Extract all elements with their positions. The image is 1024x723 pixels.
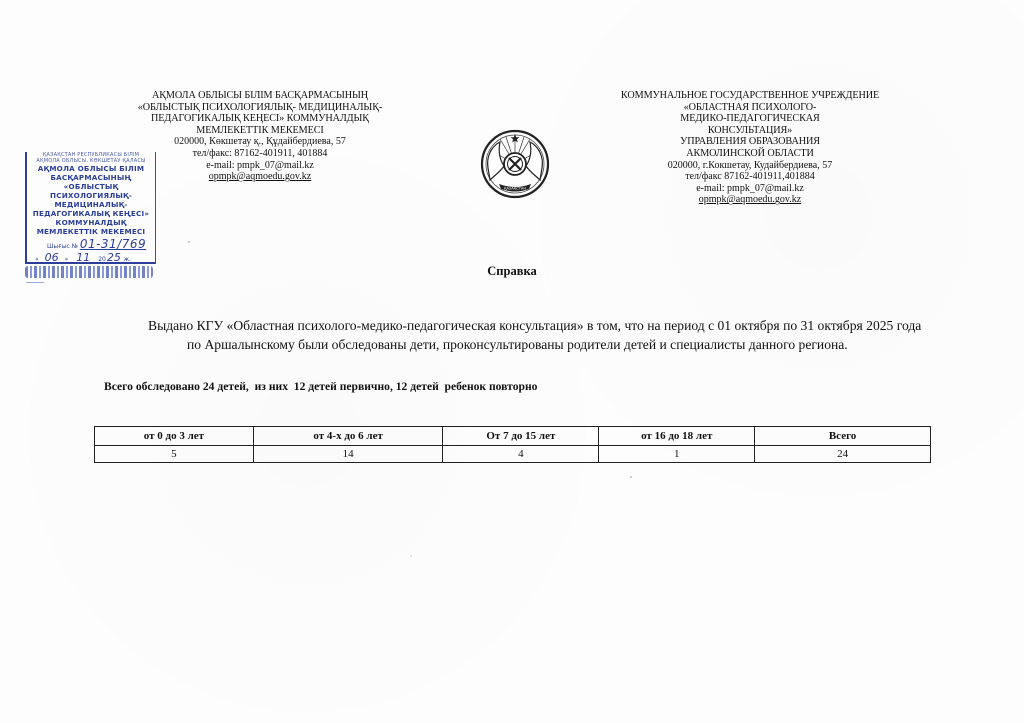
age-statistics-table: от 0 до 3 лет от 4-х до 6 лет От 7 до 15… [94, 426, 931, 463]
emblem-ribbon-text: ҚАЗАҚСТАН [504, 187, 526, 191]
phone-fax: тел/факс: 87162-401911, 401884 [112, 148, 408, 160]
scan-artifact [188, 241, 190, 243]
table-cell: 14 [253, 446, 443, 463]
letterhead-russian: КОММУНАЛЬНОЕ ГОСУДАРСТВЕННОЕ УЧРЕЖДЕНИЕ … [604, 90, 896, 206]
stamp-date-day: 06 [39, 251, 65, 264]
address: 020000, Көкшетау қ., Құдайбердиева, 57 [112, 136, 408, 148]
registration-stamp: ҚАЗАҚСТАН РЕСПУБЛИКАСЫ БІЛІМ АҚМОЛА ОБЛЫ… [25, 152, 156, 264]
document-title: Справка [0, 264, 1024, 279]
stamp-header-line: АҚМОЛА ОБЛЫСЫ, КӨКШЕТАУ ҚАЛАСЫ [27, 158, 155, 164]
table-header-row: от 0 до 3 лет от 4-х до 6 лет От 7 до 15… [95, 427, 931, 446]
org-name-line: АКМОЛИНСКОЙ ОБЛАСТИ [604, 148, 896, 160]
org-name-line: УПРАВЛЕНИЯ ОБРАЗОВАНИЯ [604, 136, 896, 148]
table-header-cell: От 7 до 15 лет [443, 427, 599, 446]
scan-artifact [410, 555, 412, 557]
paragraph-line-1: Выдано КГУ «Областная психолого-медико-п… [140, 316, 1000, 335]
stamp-date-year-prefix: 20 [98, 256, 106, 263]
email: e-mail: pmpk_07@mail.kz [604, 183, 896, 195]
org-name-line: «ОБЛАСТНАЯ ПСИХОЛОГО- [604, 102, 896, 114]
table-header-cell: от 16 до 18 лет [599, 427, 755, 446]
table-header-cell: от 0 до 3 лет [95, 427, 254, 446]
outgoing-label: Шығыс № [47, 243, 78, 250]
stamp-line: МЕМЛЕКЕТТІК МЕКЕМЕСІ [27, 227, 155, 236]
letterhead-kazakh: АҚМОЛА ОБЛЫСЫ БІЛІМ БАСҚАРМАСЫНЫҢ «ОБЛЫС… [112, 90, 408, 183]
stamp-ornament-line [26, 282, 44, 283]
org-name-line: ПЕДАГОГИКАЛЫҚ КЕҢЕСІ» КОММУНАЛДЫҚ [112, 113, 408, 125]
table-cell: 4 [443, 446, 599, 463]
stamp-date: «06» 11 2025 ж. [27, 251, 155, 264]
address: 020000, г.Кокшетау, Кудайбердиева, 57 [604, 160, 896, 172]
table-cell: 5 [95, 446, 254, 463]
scan-artifact [630, 476, 632, 478]
state-emblem-icon: ҚАЗАҚСТАН [478, 128, 552, 200]
table-row: 5 14 4 1 24 [95, 446, 931, 463]
org-name-line: КОММУНАЛЬНОЕ ГОСУДАРСТВЕННОЕ УЧРЕЖДЕНИЕ [604, 90, 896, 102]
stamp-date-suffix: ж. [124, 256, 131, 263]
stamp-date-year-suffix: 25 [106, 251, 122, 264]
email-secondary: opmpk@aqmoedu.gov.kz [604, 194, 896, 206]
org-name-line: МЕДИКО-ПЕДАГОГИЧЕСКАЯ [604, 113, 896, 125]
stamp-date-month: 11 [70, 251, 96, 264]
table-cell: 24 [755, 446, 931, 463]
body-paragraph: Выдано КГУ «Областная психолого-медико-п… [140, 316, 1000, 354]
org-name-line: «ОБЛЫСТЫҚ ПСИХОЛОГИЯЛЫҚ- МЕДИЦИНАЛЫҚ- [112, 102, 408, 114]
stamp-line: КОММУНАЛДЫҚ [27, 218, 155, 227]
email-secondary: opmpk@aqmoedu.gov.kz [112, 171, 408, 183]
document-page: АҚМОЛА ОБЛЫСЫ БІЛІМ БАСҚАРМАСЫНЫҢ «ОБЛЫС… [0, 0, 1024, 723]
stamp-line: БАСҚАРМАСЫНЫҢ «ОБЛЫСТЫҚ [27, 173, 155, 191]
stamp-line: ПСИХОЛОГИЯЛЫҚ- [27, 191, 155, 200]
stamp-line: АҚМОЛА ОБЛЫСЫ БІЛІМ [27, 164, 155, 173]
outgoing-number-handwritten: 01-31/769 [80, 237, 146, 251]
table-cell: 1 [599, 446, 755, 463]
summary-line: Всего обследовано 24 детей, из них 12 де… [104, 380, 537, 393]
stamp-line: ПЕДАГОГИКАЛЫҚ КЕҢЕСІ» [27, 209, 155, 218]
phone-fax: тел/факс 87162-401911,401884 [604, 171, 896, 183]
table-header-cell: от 4-х до 6 лет [253, 427, 443, 446]
table-header-cell: Всего [755, 427, 931, 446]
org-name-line: МЕМЛЕКЕТТІК МЕКЕМЕСІ [112, 125, 408, 137]
org-name-line: АҚМОЛА ОБЛЫСЫ БІЛІМ БАСҚАРМАСЫНЫҢ [112, 90, 408, 102]
email: e-mail: pmpk_07@mail.kz [112, 160, 408, 172]
stamp-line: МЕДИЦИНАЛЫҚ- [27, 200, 155, 209]
paragraph-line-2: по Аршалынскому были обследованы дети, п… [140, 335, 1000, 354]
stamp-outgoing-number: Шығыс № 01-31/769 [27, 237, 155, 251]
org-name-line: КОНСУЛЬТАЦИЯ» [604, 125, 896, 137]
